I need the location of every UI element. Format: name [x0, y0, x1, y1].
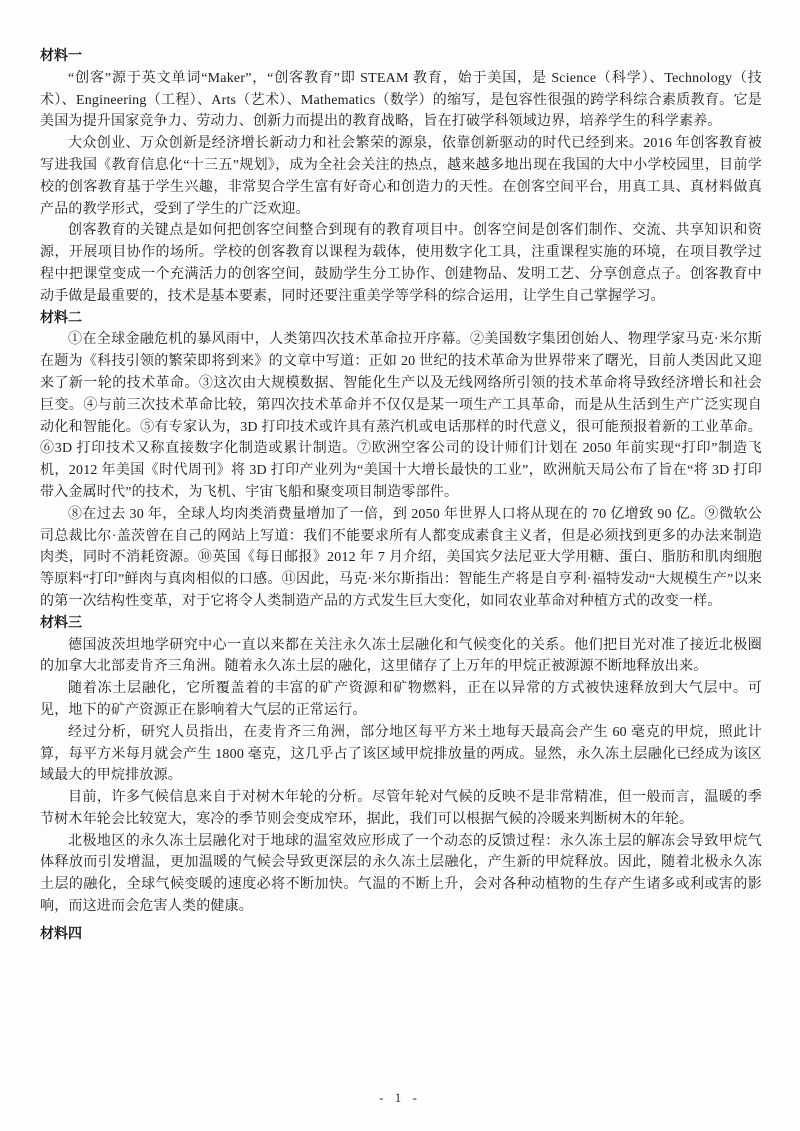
section-material-3: 材料三 德国波茨坦地学研究中心一直以来都在关注永久冻土层融化和气候变化的关系。他…	[40, 613, 762, 918]
material-3-heading: 材料三	[40, 613, 762, 635]
material-1-paragraph-2: 大众创业、万众创新是经济增长新动力和社会繁荣的源泉，依靠创新驱动的时代已经到来。…	[40, 133, 762, 220]
material-2-heading: 材料二	[40, 308, 762, 330]
material-3-paragraph-3: 经过分析，研究人员指出，在麦肯齐三角洲，部分地区每平方米土地每天最高会产生 60…	[40, 722, 762, 787]
page-footer: - 1 -	[0, 1087, 800, 1109]
material-2-paragraph-1: ①在全球金融危机的暴风雨中，人类第四次技术革命拉开序幕。②美国数字集团创始人、物…	[40, 329, 762, 503]
page-number: - 1 -	[379, 1090, 421, 1105]
material-1-heading: 材料一	[40, 46, 762, 68]
section-material-1: 材料一 “创客”源于英文单词“Maker”，“创客教育”即 STEAM 教育，始…	[40, 46, 762, 308]
material-3-paragraph-1: 德国波茨坦地学研究中心一直以来都在关注永久冻土层融化和气候变化的关系。他们把目光…	[40, 635, 762, 679]
document-page: 材料一 “创客”源于英文单词“Maker”，“创客教育”即 STEAM 教育，始…	[0, 0, 800, 1131]
section-material-4: 材料四	[40, 924, 762, 946]
material-3-paragraph-2: 随着冻土层融化，它所覆盖着的丰富的矿产资源和矿物燃料，正在以异常的方式被快速释放…	[40, 678, 762, 722]
material-3-paragraph-5: 北极地区的永久冻土层融化对于地球的温室效应形成了一个动态的反馈过程：永久冻土层的…	[40, 831, 762, 918]
material-3-paragraph-4: 目前，许多气候信息来自于对树木年轮的分析。尽管年轮对气候的反映不是非常精准，但一…	[40, 787, 762, 831]
material-4-heading: 材料四	[40, 924, 762, 946]
material-2-paragraph-2: ⑧在过去 30 年，全球人均肉类消费量增加了一倍，到 2050 年世界人口将从现…	[40, 504, 762, 613]
material-1-paragraph-3: 创客教育的关键点是如何把创客空间整合到现有的教育项目中。创客空间是创客们制作、交…	[40, 220, 762, 307]
section-material-2: 材料二 ①在全球金融危机的暴风雨中，人类第四次技术革命拉开序幕。②美国数字集团创…	[40, 308, 762, 613]
material-1-paragraph-1: “创客”源于英文单词“Maker”，“创客教育”即 STEAM 教育，始于美国，…	[40, 68, 762, 133]
